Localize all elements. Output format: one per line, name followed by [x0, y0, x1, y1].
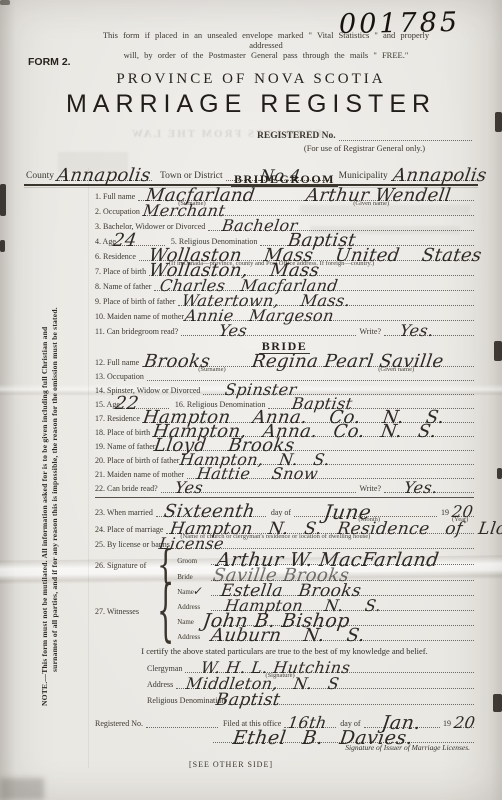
scan-artifact [497, 468, 502, 479]
handwriting-given-name: Regina Pearl Saville [251, 354, 445, 370]
field-row-father-birthplace: 9. Place of birth of father Watertown, M… [95, 291, 474, 306]
handwriting-value: Bachelor [221, 218, 299, 234]
county-line: Annapolis [57, 168, 152, 181]
field-row-full-name: 1. Full name Macfarland Arthur Wendell (… [95, 186, 474, 201]
filed-year: 20 [453, 715, 476, 731]
handwriting-month: June [323, 504, 372, 520]
field-line: Yes. [384, 323, 474, 336]
form-number-label: FORM 2. [28, 56, 71, 68]
field-line: Middleton, N. S [176, 676, 474, 689]
registered-no-label: Registered No. [95, 719, 146, 728]
handwriting-given-name: Arthur Wendell [305, 188, 452, 204]
write-label: Write? [356, 484, 384, 493]
field-line: Annie Margeson [187, 308, 474, 321]
serial-number: 001785 [339, 7, 461, 40]
scan-artifact [0, 240, 5, 252]
field-row-place-of-marriage: 24. Place of marriage Hampton N. S. Resi… [95, 517, 474, 534]
field-line: Charles Macfarland [154, 278, 474, 291]
filing-row: Registered No. Filed at this office 16th… [95, 712, 474, 728]
mail-notice-line2: will, by order of the Postmaster General… [90, 50, 442, 60]
issuer-signature-line: Ethel B. Davies. [213, 728, 474, 743]
field-line: June (Month) [294, 504, 437, 517]
town-value: No 4 [259, 168, 302, 184]
handwriting-value: License [158, 536, 225, 552]
county-value: Annapolis [56, 168, 152, 184]
field-label: 11. Can bridegroom read? [95, 327, 181, 336]
form-body: BRIDEGROOM 1. Full name Macfarland Arthu… [95, 172, 474, 769]
field-line: ✓ Estella Brooks [211, 583, 474, 596]
margin-note-line2: surnames of all parties, and if for any … [50, 307, 60, 706]
page-title: MARRIAGE REGISTER [0, 90, 502, 119]
field-line: Brooks Regina Pearl Saville (Surname) (G… [142, 354, 474, 367]
bride-label: Bride [177, 573, 211, 581]
field-row-mother-maiden-name: 10. Maiden name of mother Annie Margeson [95, 306, 474, 321]
scan-artifact [495, 112, 502, 132]
day-of-label: day of [266, 508, 294, 517]
field-line: Auburn N. S. [211, 628, 474, 641]
clergyman-address-row: Address Middleton, N. S [147, 673, 474, 689]
issuer-signature: Ethel B. Davies. [232, 730, 414, 746]
certification-fields: Clergyman W. H. L. Hutchins (Signature) … [95, 657, 474, 705]
field-label: 6. Residence [95, 252, 139, 261]
province-title: PROVINCE OF NOVA SCOTIA [0, 71, 502, 88]
see-other-side-note: [SEE OTHER SIDE] [189, 760, 474, 769]
field-label: 19. Name of father [95, 442, 158, 451]
field-label: 21. Maiden name of mother [95, 470, 187, 479]
field-label: 13. Occupation [95, 372, 147, 381]
clergyman-label: Clergyman [147, 664, 185, 673]
bleed-through-heading: EXTRACTS FROM THE LAW [130, 128, 322, 140]
handwriting-surname: Brooks [143, 354, 211, 370]
municipality-line: Annapolis [391, 168, 476, 181]
brace-glyph: { [157, 572, 174, 650]
field-line: W. H. L. Hutchins (Signature) [185, 660, 474, 673]
field-row-father-birthplace: 20. Place of birth of father Hampton, N.… [95, 451, 474, 465]
binding-fold-line [88, 168, 89, 768]
field-label: 8. Name of father [95, 282, 154, 291]
field-line: Watertown, Mass. [178, 293, 474, 306]
field-label: 10. Maiden name of mother [95, 312, 187, 321]
field-label: 7. Place of birth [95, 267, 149, 276]
bride-fields: 12. Full name Brooks Regina Pearl Savill… [95, 353, 474, 493]
handwriting-read: Yes [174, 480, 204, 496]
county-label: County [26, 172, 57, 181]
signatures-group: 26. Signature of { Groom Arthur W. MacFa… [95, 549, 474, 581]
scan-artifact [0, 0, 10, 5]
marriage-register-document: EXTRACTS FROM THE LAW 001785 This form i… [0, 0, 502, 800]
field-line: Yes. [384, 480, 474, 493]
registered-no-line [339, 128, 472, 141]
field-label: 22. Can bride read? [95, 484, 161, 493]
handwriting-age: 22 [114, 396, 140, 412]
handwriting-value: Spinster [224, 382, 298, 398]
handwriting-value: Annie Margeson [184, 308, 335, 324]
field-line: Sixteenth [156, 504, 266, 517]
witnesses-group: 27. Witnesses { Name ✓ Estella Brooks Ad… [95, 581, 474, 641]
margin-note-line1: NOTE.—This form must not be mutilated. A… [40, 307, 50, 706]
marriage-fields: 23. When married Sixteenth day of June (… [95, 498, 474, 641]
groom-label: Groom [177, 557, 211, 565]
registered-no-line [146, 715, 218, 728]
field-label: 27. Witnesses [95, 607, 157, 616]
address-label: Address [177, 633, 211, 641]
field-line: Hampton N. S. Residence of Lloyd Brooks … [166, 521, 474, 534]
field-label: 12. Full name [95, 358, 142, 367]
field-line: 20 [454, 715, 474, 728]
handwriting-year: 20 [451, 504, 474, 520]
handwriting-write: Yes. [399, 323, 435, 339]
field-line: Macfarland Arthur Wendell (Surname) (Giv… [138, 188, 474, 201]
field-row-when-married: 23. When married Sixteenth day of June (… [95, 498, 474, 517]
clergyman-row: Clergyman W. H. L. Hutchins (Signature) [147, 657, 474, 673]
scan-artifact [494, 341, 502, 361]
handwriting-day: Sixteenth [163, 504, 256, 520]
field-label: 18. Place of birth [95, 428, 153, 437]
filing-block: Registered No. Filed at this office 16th… [95, 712, 474, 752]
address-label: Address [147, 680, 176, 689]
witness1-name-row: Name ✓ Estella Brooks [177, 581, 474, 596]
witness2-name-row: Name John B. Bishop [177, 611, 474, 626]
handwriting-write: Yes. [403, 480, 439, 496]
field-line: Arthur W. MacFarland [211, 552, 474, 565]
margin-note: NOTE.—This form must not be mutilated. A… [40, 307, 60, 706]
field-label: 20. Place of birth of father [95, 456, 182, 465]
groom-signature-row: Groom Arthur W. MacFarland [177, 549, 474, 565]
handwriting-value: Hattie Snow [196, 466, 319, 482]
year-prefix: 19 [437, 508, 452, 517]
municipality-value: Annapolis [392, 168, 488, 184]
field-label: 26. Signature of [95, 561, 157, 570]
bridegroom-fields: 1. Full name Macfarland Arthur Wendell (… [95, 186, 474, 336]
field-label: 23. When married [95, 508, 156, 517]
handwriting-value: Merchant [142, 203, 226, 219]
field-row-marital-status: 14. Spinster, Widow or Divorced Spinster [95, 381, 474, 395]
write-label: Write? [356, 327, 384, 336]
scan-artifact [493, 694, 502, 712]
handwriting-read: Yes [218, 323, 248, 339]
witness2-address: Auburn N. S. [210, 628, 366, 644]
field-row-full-name: 12. Full name Brooks Regina Pearl Savill… [95, 353, 474, 367]
field-row-mother-maiden-name: 21. Maiden name of mother Hattie Snow [95, 465, 474, 479]
certification-statement: I certify the above stated particulars a… [95, 646, 474, 657]
year-prefix: 19 [440, 719, 454, 728]
scan-artifact [0, 184, 6, 216]
field-row-residence: 6. Residence Wollaston Mass United State… [95, 246, 474, 261]
field-label: 9. Place of birth of father [95, 297, 178, 306]
field-label: 14. Spinster, Widow or Divorced [95, 386, 203, 395]
field-label: 2. Occupation [95, 207, 143, 216]
field-label: 24. Place of marriage [95, 525, 166, 534]
registrar-general-note: (For use of Registrar General only.) [257, 143, 472, 153]
scan-smudge [0, 778, 44, 800]
handwriting-age: 24 [112, 233, 138, 249]
field-line: 20 (Year) [452, 504, 474, 517]
denomination-value: Baptist [215, 692, 281, 708]
field-label: 1. Full name [95, 192, 138, 201]
field-line: Baptist [228, 692, 474, 705]
field-label: 17. Residence [95, 414, 143, 423]
witness2-address-row: Address Auburn N. S. [177, 626, 474, 641]
field-label: 3. Bachelor, Widower or Divorced [95, 222, 208, 231]
